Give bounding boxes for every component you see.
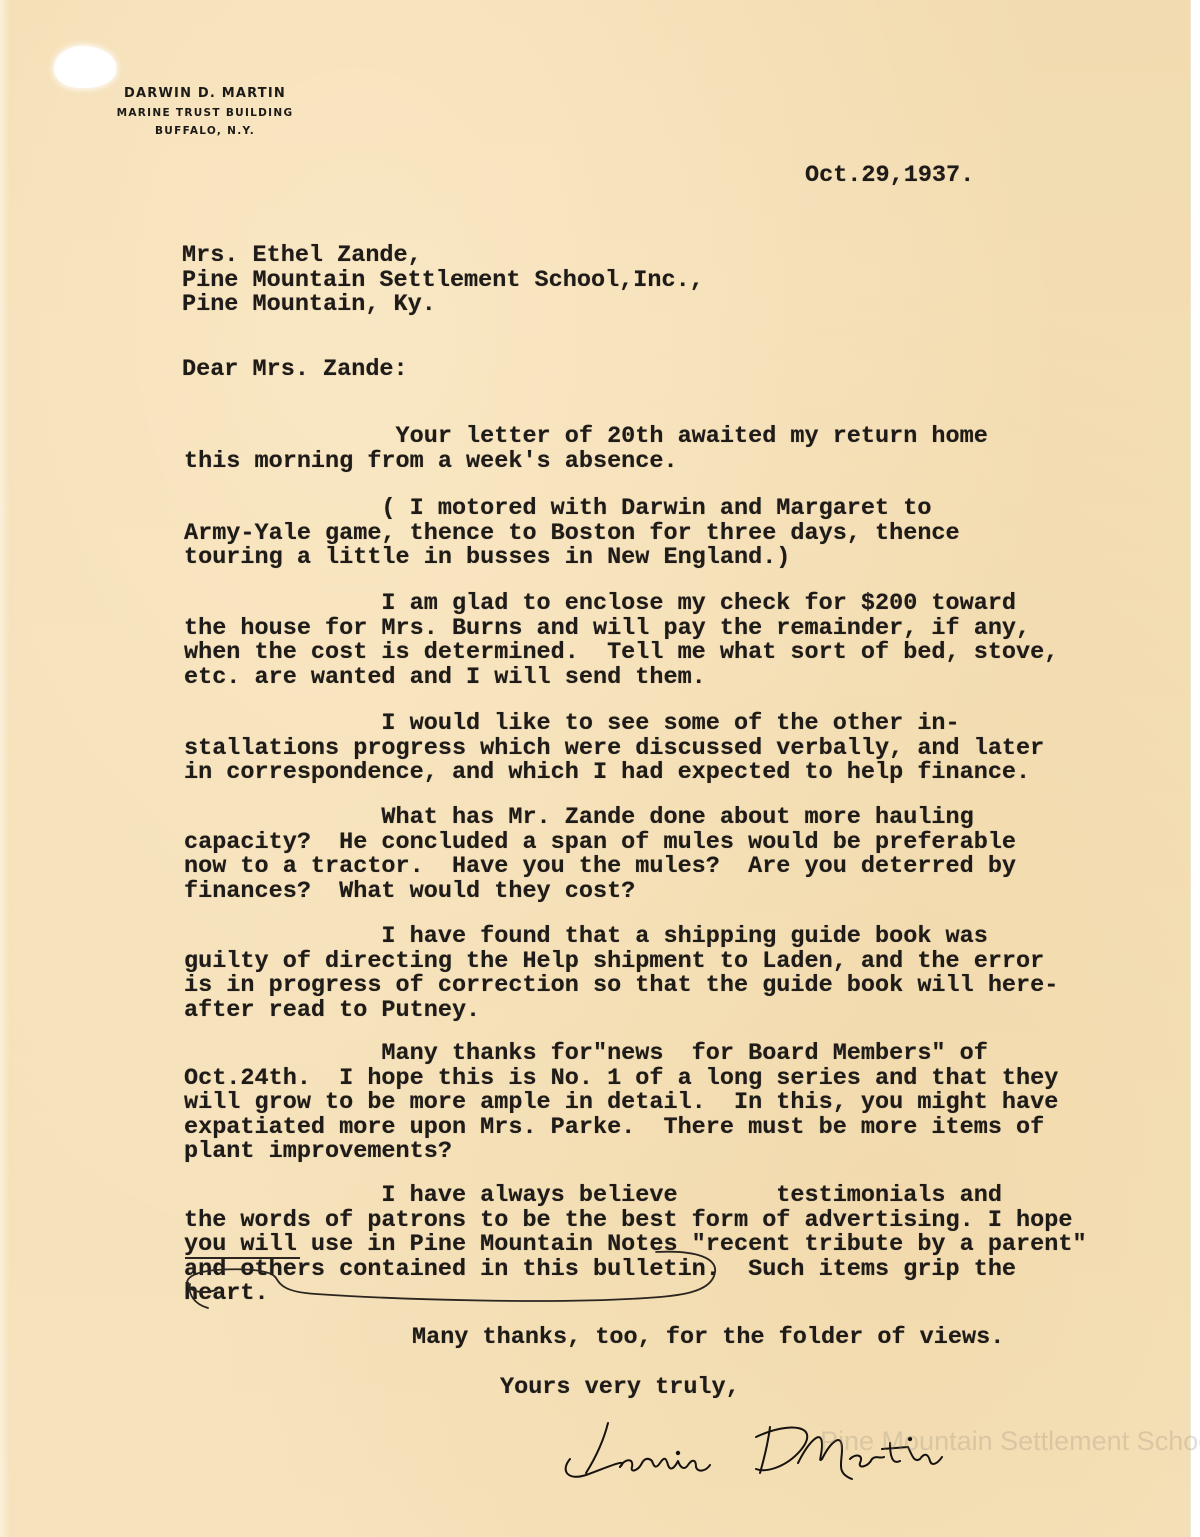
paragraph-line: now to a tractor. Have you the mules? Ar…	[184, 853, 1016, 880]
paragraph-line: finances? What would they cost?	[184, 878, 635, 905]
paragraph-line: will grow to be more ample in detail. In…	[184, 1089, 1058, 1116]
paragraph-line: capacity? He concluded a span of mules w…	[184, 829, 1016, 856]
paragraph-6: I have found that a shipping guide book …	[184, 925, 1058, 1023]
paragraph-line: touring a little in busses in New Englan…	[184, 544, 790, 571]
paragraph-line: this morning from a week's absence.	[184, 448, 678, 475]
paragraph-line: Many thanks for"news for Board Members" …	[184, 1040, 988, 1067]
letterhead-city: BUFFALO, N.Y.	[60, 122, 350, 140]
letterhead-name: DARWIN D. MARTIN	[60, 84, 350, 104]
paragraph-line: Your letter of 20th awaited my return ho…	[184, 423, 988, 450]
paragraph-2: ( I motored with Darwin and Margaret to …	[184, 497, 960, 571]
paragraph-line: etc. are wanted and I will send them.	[184, 664, 706, 691]
paragraph-line: What has Mr. Zande done about more hauli…	[184, 804, 974, 831]
handwritten-signature	[560, 1415, 980, 1485]
paragraph-line: is in progress of correction so that the…	[184, 972, 1058, 999]
paragraph-line: I have found that a shipping guide book …	[184, 923, 988, 950]
letter-page: DARWIN D. MARTIN MARINE TRUST BUILDING B…	[0, 0, 1191, 1537]
address-line: Mrs. Ethel Zande,	[182, 242, 422, 269]
paragraph-line: ( I motored with Darwin and Margaret to	[184, 495, 931, 522]
paragraph-8: I have always believe testimonials and t…	[184, 1184, 1087, 1307]
paragraph-line: in correspondence, and which I had expec…	[184, 759, 1030, 786]
paragraph-line: Army-Yale game, thence to Boston for thr…	[184, 520, 960, 547]
closing-thanks: Many thanks, too, for the folder of view…	[412, 1326, 1004, 1351]
paragraph-line: stallations progress which were discusse…	[184, 735, 1044, 762]
paragraph-line: after read to Putney.	[184, 997, 480, 1024]
paragraph-4: I would like to see some of the other in…	[184, 712, 1044, 786]
paragraph-1: Your letter of 20th awaited my return ho…	[184, 425, 988, 474]
paragraph-3: I am glad to enclose my check for $200 t…	[184, 592, 1058, 690]
paragraph-7: Many thanks for"news for Board Members" …	[184, 1042, 1058, 1165]
paragraph-line: expatiated more upon Mrs. Parke. There m…	[184, 1114, 1044, 1141]
salutation: Dear Mrs. Zande:	[182, 358, 408, 383]
paragraph-line: and others contained in this bulletin. S…	[184, 1256, 1016, 1283]
address-line: Pine Mountain, Ky.	[182, 291, 436, 318]
letter-date: Oct.29,1937.	[805, 164, 974, 189]
paragraph-line: the house for Mrs. Burns and will pay th…	[184, 615, 1030, 642]
paper-hole-damage	[54, 46, 116, 88]
pen-underline-annotation	[185, 1257, 300, 1262]
paragraph-line: plant improvements?	[184, 1138, 452, 1165]
paragraph-line: you will use in Pine Mountain Notes "rec…	[184, 1231, 1087, 1258]
letterhead-building: MARINE TRUST BUILDING	[60, 104, 350, 122]
paragraph-5: What has Mr. Zande done about more hauli…	[184, 806, 1016, 904]
paragraph-line: Oct.24th. I hope this is No. 1 of a long…	[184, 1065, 1058, 1092]
paragraph-line: I have always believe testimonials and	[184, 1182, 1002, 1209]
paragraph-line: heart.	[184, 1280, 269, 1307]
letterhead: DARWIN D. MARTIN MARINE TRUST BUILDING B…	[60, 84, 350, 140]
recipient-address: Mrs. Ethel Zande, Pine Mountain Settleme…	[182, 244, 704, 318]
paragraph-line: the words of patrons to be the best form…	[184, 1207, 1072, 1234]
paragraph-line: guilty of directing the Help shipment to…	[184, 948, 1044, 975]
paragraph-line: I would like to see some of the other in…	[184, 710, 960, 737]
paragraph-line: I am glad to enclose my check for $200 t…	[184, 590, 1016, 617]
paragraph-line: when the cost is determined. Tell me wha…	[184, 639, 1058, 666]
address-line: Pine Mountain Settlement School,Inc.,	[182, 267, 704, 294]
valediction: Yours very truly,	[500, 1376, 740, 1401]
